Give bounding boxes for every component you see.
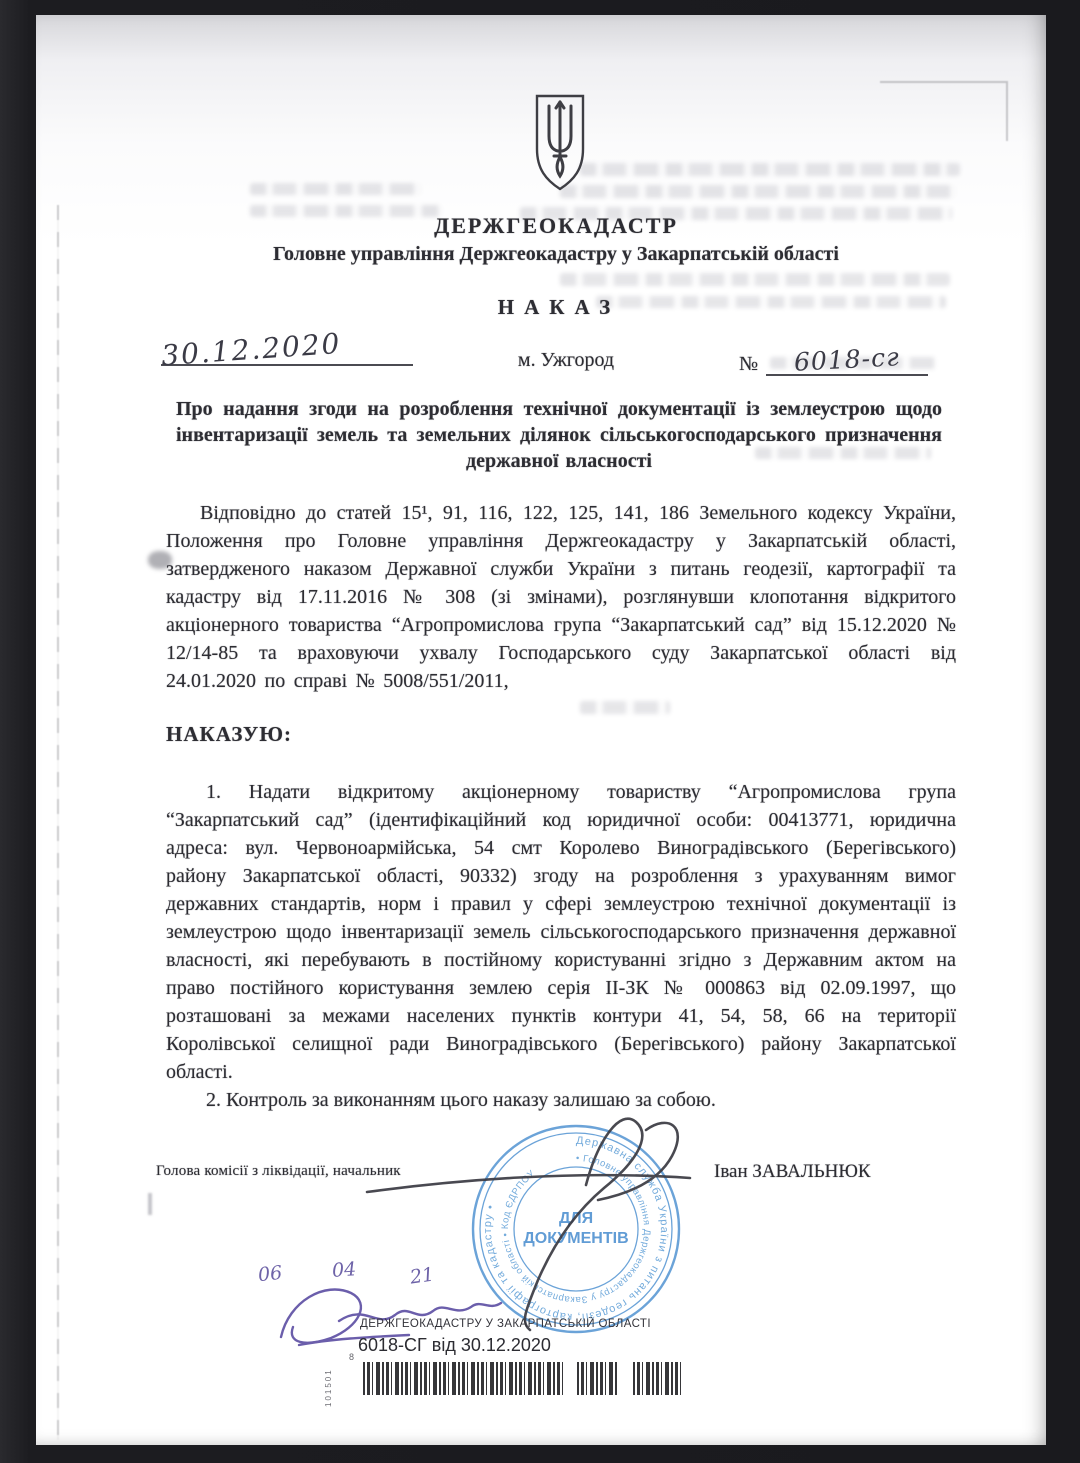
bleed-through-text xyxy=(560,273,950,286)
signer-name: Іван ЗАВАЛЬНЮК xyxy=(714,1161,871,1183)
handwritten-number: 6018-сг xyxy=(794,342,901,376)
number-field: №6018-сг xyxy=(739,345,928,376)
order-items: 1. Надати відкритому акціонерному товари… xyxy=(166,778,956,1114)
number-line: 6018-сг xyxy=(766,345,928,376)
document-type-heading: НАКАЗ xyxy=(36,295,1046,320)
order-word: НАКАЗУЮ: xyxy=(166,722,292,747)
department-name: Головне управління Держгеокадастру у Зак… xyxy=(36,243,1046,266)
ukraine-trident-emblem-icon xyxy=(530,93,590,193)
registration-office-line: ДЕРЖГЕОКАДАСТРУ У ЗАКАРПАТСЬКІЙ ОБЛАСТІ xyxy=(360,1318,680,1330)
barcode-segment xyxy=(633,1362,681,1395)
bleed-through-text xyxy=(250,183,422,195)
vertical-side-code: 101501 xyxy=(324,1347,333,1407)
scanned-document-page: ДЕРЖГЕОКАДАСТР Головне управління Держге… xyxy=(36,15,1046,1445)
bleed-through-text xyxy=(580,701,670,714)
scan-background: { "document": { "agency": "ДЕРЖГЕОКАДАСТ… xyxy=(0,0,1080,1463)
number-sign: № xyxy=(739,353,758,375)
bleed-through-text xyxy=(580,163,960,176)
document-title: Про надання згоди на розроблення технічн… xyxy=(176,396,942,474)
order-item-1: 1. Надати відкритому акціонерному товари… xyxy=(166,778,956,1086)
meta-row: 30.12.2020 м. Ужгород №6018-сг xyxy=(36,323,1046,393)
barcode-segment xyxy=(363,1362,563,1395)
barcode xyxy=(363,1362,681,1395)
barcode-segment xyxy=(577,1362,617,1395)
agency-name: ДЕРЖГЕОКАДАСТР xyxy=(36,213,1046,239)
bleed-through-text xyxy=(560,185,956,198)
barcode-tiny-mark: 8 xyxy=(349,1352,354,1362)
registration-number-line: 6018-СГ від 30.12.2020 xyxy=(358,1335,551,1356)
pencil-corner-mark xyxy=(880,81,1008,141)
margin-pencil-mark xyxy=(148,1193,152,1215)
preamble-paragraph: Відповідно до статей 15¹, 91, 116, 122, … xyxy=(166,499,956,695)
